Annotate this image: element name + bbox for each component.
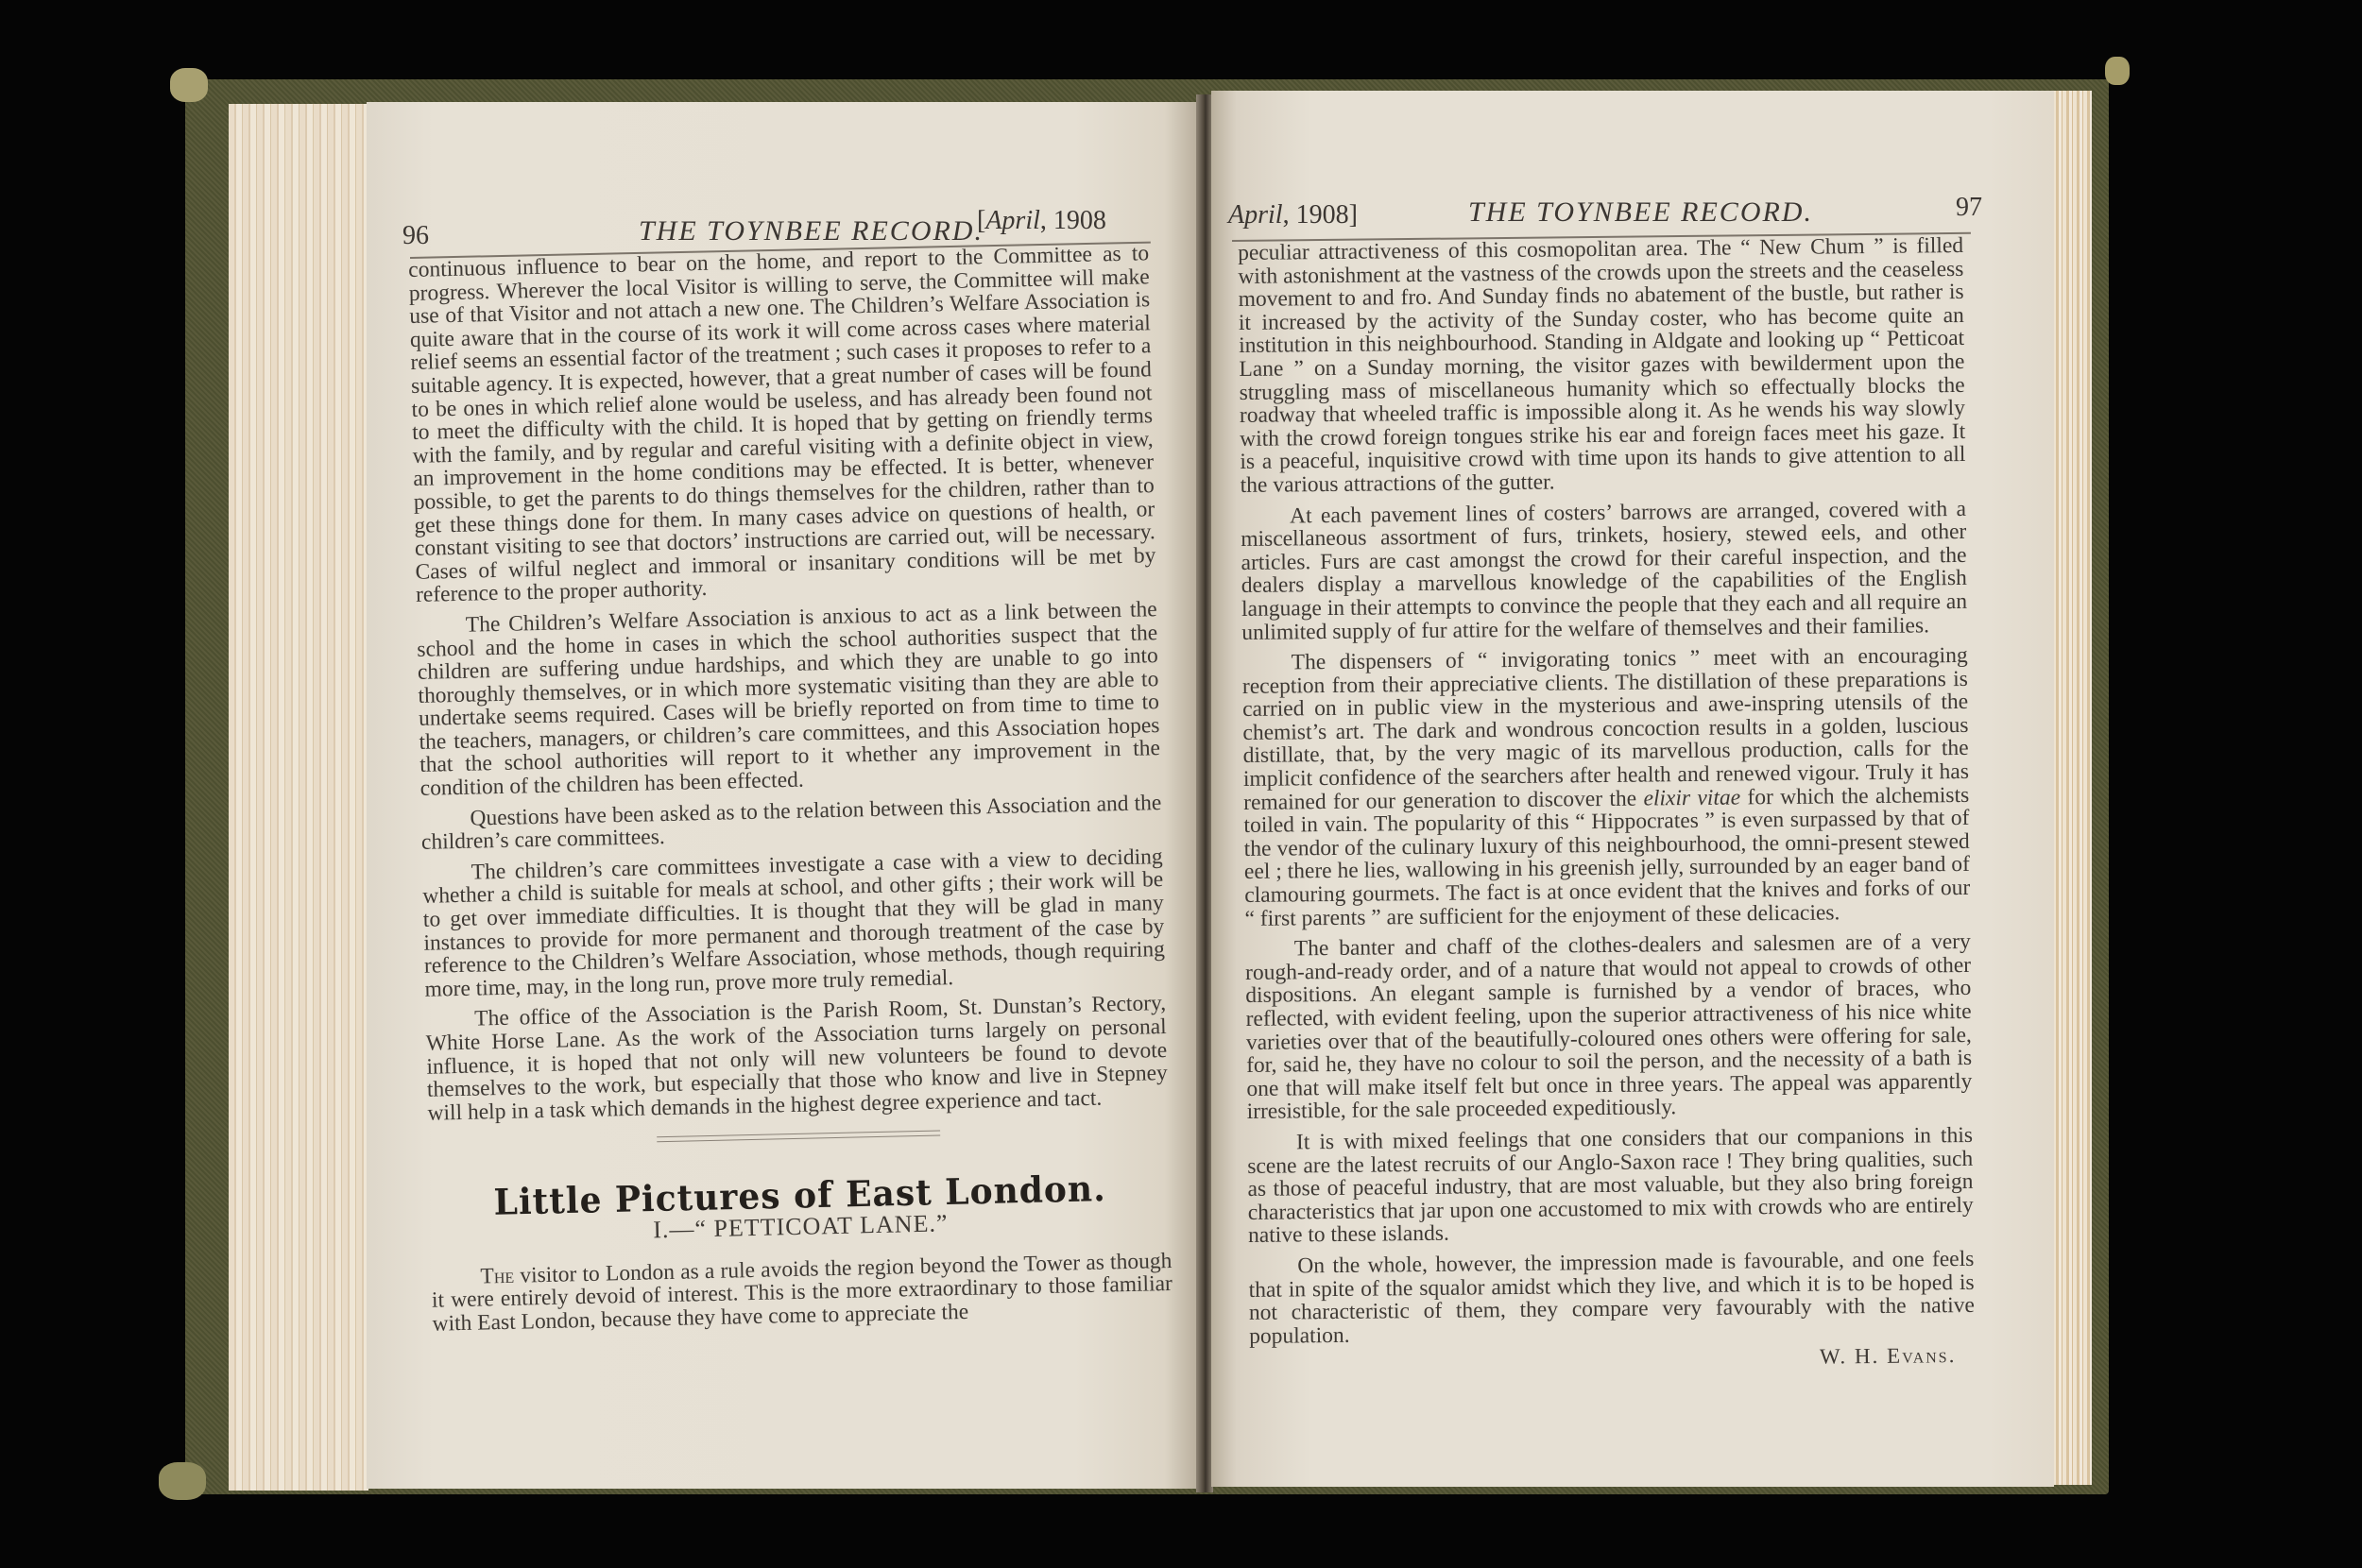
- right-page-body: peculiar attractiveness of this cosmopol…: [1238, 234, 1976, 1375]
- section-divider: [657, 1131, 940, 1143]
- issue-date: [April, 1908: [977, 206, 1106, 236]
- paragraph: continuous influence to bear on the home…: [408, 242, 1156, 607]
- paragraph: The banter and chaff of the clothes-deal…: [1245, 930, 1973, 1124]
- left-page: 96 THE TOYNBEE RECORD. [April, 1908 cont…: [367, 102, 1198, 1489]
- paragraph: The children’s care committees investiga…: [421, 845, 1165, 1001]
- paragraph: The dispensers of “ invigorating tonics …: [1242, 644, 1971, 930]
- paragraph: Questions have been asked as to the rela…: [420, 792, 1162, 855]
- page-number: 96: [402, 221, 429, 251]
- paragraph: The visitor to London as a rule avoids t…: [431, 1250, 1172, 1337]
- frayed-corner: [170, 68, 208, 102]
- paragraph: It is with mixed feelings that one consi…: [1247, 1124, 1974, 1248]
- opening-word: The: [480, 1263, 514, 1288]
- paragraph: The office of the Association is the Par…: [425, 992, 1169, 1125]
- issue-date: April, 1908]: [1228, 200, 1358, 230]
- author-signature: W. H. Evans.: [1249, 1344, 1975, 1375]
- paragraph: On the whole, however, the impression ma…: [1248, 1248, 1975, 1348]
- right-page: April, 1908] THE TOYNBEE RECORD. 97 pecu…: [1211, 91, 2054, 1487]
- paragraph: At each pavement lines of costers’ barro…: [1241, 497, 1968, 644]
- paragraph: peculiar attractiveness of this cosmopol…: [1238, 234, 1966, 498]
- running-title: THE TOYNBEE RECORD.: [639, 215, 984, 247]
- page-number: 97: [1956, 193, 1982, 223]
- running-title: THE TOYNBEE RECORD.: [1468, 196, 1813, 229]
- frayed-corner: [159, 1462, 206, 1500]
- left-page-body: continuous influence to bear on the home…: [408, 242, 1173, 1343]
- page-fore-edge-right: [2052, 91, 2092, 1485]
- frayed-corner: [2105, 57, 2130, 85]
- running-head: April, 1908] THE TOYNBEE RECORD. 97: [1211, 196, 2054, 234]
- latin-phrase: elixir vitae: [1643, 785, 1740, 810]
- page-fore-edge-left: [229, 104, 368, 1491]
- paragraph: The Children’s Welfare Association is an…: [417, 598, 1161, 800]
